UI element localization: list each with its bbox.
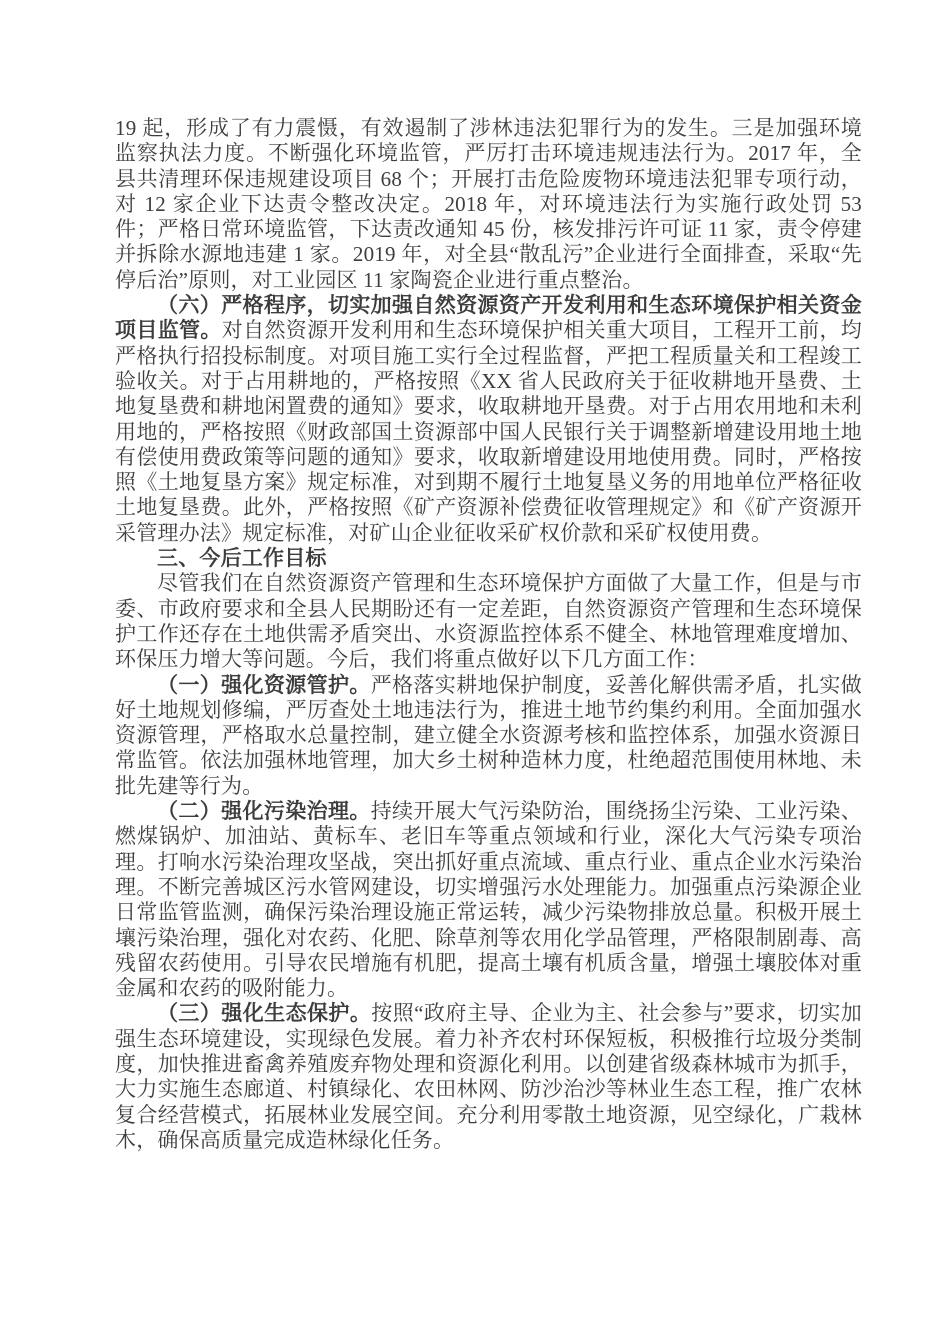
ecological-protection-lead: （三）强化生态保护。 xyxy=(157,1001,371,1025)
paragraph-resource-protection: （一）强化资源管护。严格落实耕地保护制度，妥善化解供需矛盾，扎实做好土地规划修编… xyxy=(115,673,862,799)
section-three-heading: 三、今后工作目标 xyxy=(115,546,862,571)
paragraph-pollution-control: （二）强化污染治理。持续开展大气污染防治，围绕扬尘污染、工业污染、燃煤锅炉、加油… xyxy=(115,799,862,1001)
paragraph-text: 对自然资源开发利用和生态环境保护相关重大项目，工程开工前，均严格执行招投标制度。… xyxy=(115,318,862,544)
document-page: 19 起，形成了有力震慑，有效遏制了涉林违法犯罪行为的发生。三是加强环境监察执法… xyxy=(0,0,950,1344)
resource-protection-lead: （一）强化资源管护。 xyxy=(157,673,371,697)
paragraph-text: 尽管我们在自然资源资产管理和生态环境保护方面做了大量工作，但是与市委、市政府要求… xyxy=(115,571,862,671)
paragraph-ecological-protection: （三）强化生态保护。按照“政府主导、企业为主、社会参与”要求，切实加强生态环境建… xyxy=(115,1001,862,1153)
paragraph-environment-enforcement: 19 起，形成了有力震慑，有效遏制了涉林违法犯罪行为的发生。三是加强环境监察执法… xyxy=(115,116,862,293)
paragraph-text: 持续开展大气污染防治，围绕扬尘污染、工业污染、燃煤锅炉、加油站、黄标车、老旧车等… xyxy=(115,799,862,1000)
pollution-control-lead: （二）强化污染治理。 xyxy=(157,799,371,823)
document-body: 19 起，形成了有力震慑，有效遏制了涉林违法犯罪行为的发生。三是加强环境监察执法… xyxy=(115,116,862,1153)
paragraph-text: 19 起，形成了有力震慑，有效遏制了涉林违法犯罪行为的发生。三是加强环境监察执法… xyxy=(115,116,862,292)
paragraph-section-six: （六）严格程序，切实加强自然资源资产开发利用和生态环境保护相关资金项目监管。对自… xyxy=(115,293,862,546)
paragraph-future-goals-intro: 尽管我们在自然资源资产管理和生态环境保护方面做了大量工作，但是与市委、市政府要求… xyxy=(115,571,862,672)
